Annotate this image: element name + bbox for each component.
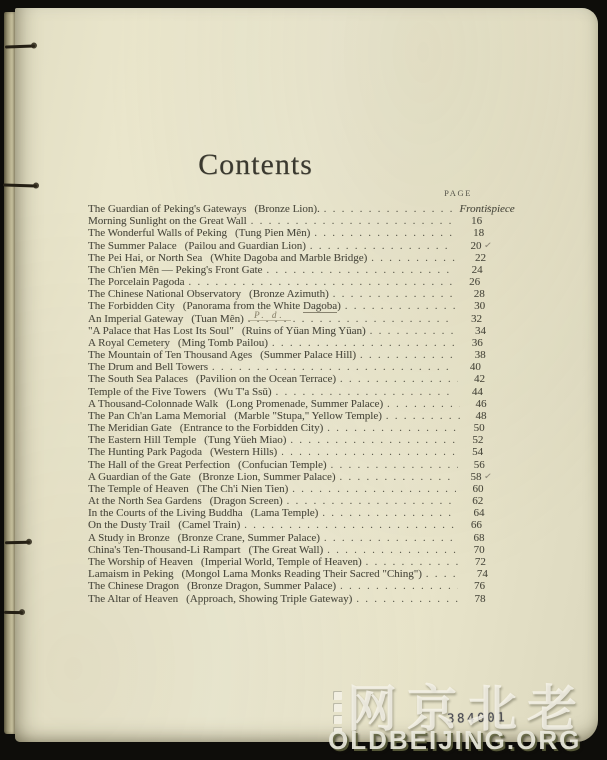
toc-entry-subtitle: (Pailou and Guardian Lion): [185, 240, 306, 252]
dot-leader: [327, 422, 457, 434]
toc-entry-title: At the North Sea Gardens: [88, 495, 202, 507]
dot-leader: [345, 300, 458, 312]
dot-leader: [340, 580, 458, 592]
toc-entry: The Summer Palace (Pailou and Guardian L…: [88, 240, 492, 252]
toc-entry: The Wonderful Walls of Peking (Tung Pien…: [88, 227, 492, 239]
toc-entry-title: On the Dusty Trail: [88, 519, 170, 531]
toc-entry-title: The Altar of Heaven: [88, 593, 178, 605]
toc-entry-title: The Porcelain Pagoda: [88, 276, 185, 288]
toc-entry: The Porcelain Pagoda 26: [88, 276, 492, 288]
toc-entry: The Eastern Hill Temple (Tung Yüeh Miao)…: [88, 434, 492, 446]
dot-leader: [324, 203, 455, 215]
toc-entry: The Mountain of Ten Thousand Ages (Summe…: [88, 349, 492, 361]
toc-entry-subtitle: (Western Hills): [210, 446, 277, 458]
toc-entry-title: A Guardian of the Gate: [88, 471, 191, 483]
dot-leader: [292, 483, 456, 495]
toc-entry: The Hall of the Great Perfection (Confuc…: [88, 459, 492, 471]
toc-entry-subtitle: (Bronze Crane, Summer Palace): [178, 532, 320, 544]
toc-entry-title: The Chinese Dragon: [88, 580, 179, 592]
dot-leader: [331, 459, 458, 471]
dot-leader: [324, 532, 458, 544]
toc-entry-title: The Mountain of Ten Thousand Ages: [88, 349, 252, 361]
toc-entry: The Ch'ien Mên — Peking's Front Gate 24: [88, 264, 492, 276]
pencil-checkmark: ✓: [484, 470, 493, 482]
toc-entry: The Meridian Gate (Entrance to the Forbi…: [88, 422, 492, 434]
dot-leader: [287, 495, 457, 507]
toc-entry: A Thousand-Colonnade Walk (Long Promenad…: [88, 398, 492, 410]
toc-entry-page-number: 54: [461, 446, 483, 458]
dot-leader: [340, 373, 458, 385]
toc-entry-page-number: 38: [464, 349, 486, 361]
toc-entry-subtitle: (Lama Temple): [251, 507, 319, 519]
toc-entry-page-number: 56: [463, 459, 485, 471]
toc-entry-title: Lamaism in Peking: [88, 568, 174, 580]
toc-entry-title: The Summer Palace: [88, 240, 177, 252]
book-page: Contents PAGE The Guardian of Peking's G…: [15, 8, 598, 742]
toc-entry-page-number: 46: [465, 398, 487, 410]
dot-leader: [322, 507, 457, 519]
toc-entry-page-number: 42: [463, 373, 485, 385]
toc-entry: The Hunting Park Pagoda (Western Hills) …: [88, 446, 492, 458]
toc-entry: The South Sea Palaces (Pavilion on the O…: [88, 373, 492, 385]
toc-entry-title: The Hall of the Great Perfection: [88, 459, 230, 471]
toc-entry-subtitle: (Tung Yüeh Miao): [204, 434, 286, 446]
toc-entry: The Guardian of Peking's Gateways (Bronz…: [88, 203, 492, 215]
dot-leader: [281, 446, 456, 458]
toc-entry-title: The Pei Hai, or North Sea: [88, 252, 202, 264]
toc-entry-page-number: Frontispiece: [459, 203, 481, 215]
toc-entry: The Worship of Heaven (Imperial World, T…: [88, 556, 492, 568]
toc-entry-title: The Pan Ch'an Lama Memorial: [88, 410, 226, 422]
toc-entry-subtitle: (Bronze Lion).: [254, 203, 319, 215]
toc-entry-subtitle: (Summer Palace Hill): [260, 349, 356, 361]
toc-entry: The Pan Ch'an Lama Memorial (Marble "Stu…: [88, 410, 492, 422]
toc-entry-page-number: 66: [460, 519, 482, 531]
dot-leader: [426, 568, 461, 580]
toc-entry: At the North Sea Gardens (Dragon Screen)…: [88, 495, 492, 507]
toc-entry-title: In the Courts of the Living Buddha: [88, 507, 243, 519]
toc-entry: The Chinese Dragon (Bronze Dragon, Summe…: [88, 580, 492, 592]
toc-entry: The Drum and Bell Towers 40: [88, 361, 492, 373]
toc-entry: In the Courts of the Living Buddha (Lama…: [88, 507, 492, 519]
toc-entry-title: China's Ten-Thousand-Li Rampart: [88, 544, 241, 556]
toc-entry-page-number: 78: [464, 593, 486, 605]
toc-entry-subtitle: (Bronze Lion, Summer Palace): [199, 471, 336, 483]
toc-entry-subtitle: (Pavilion on the Ocean Terrace): [196, 373, 336, 385]
toc-entry-title: The Guardian of Peking's Gateways: [88, 203, 246, 215]
dot-leader: [371, 252, 459, 264]
toc-entry-subtitle: (Marble "Stupa," Yellow Temple): [234, 410, 382, 422]
toc-entry-title: The Meridian Gate: [88, 422, 172, 434]
toc-entry: The Altar of Heaven (Approach, Showing T…: [88, 593, 492, 605]
toc-entry-subtitle: (Bronze Dragon, Summer Palace): [187, 580, 336, 592]
toc-entry-title: A Royal Cemetery: [88, 337, 170, 349]
pencil-checkmark: ✓: [484, 239, 493, 251]
toc-entry-title: The Wonderful Walls of Peking: [88, 227, 227, 239]
toc-list: The Guardian of Peking's Gateways (Bronz…: [88, 203, 492, 605]
toc-entry-subtitle: (Entrance to the Forbidden City): [180, 422, 324, 434]
toc-entry-title: The Hunting Park Pagoda: [88, 446, 202, 458]
toc-entry-page-number: 18: [462, 227, 484, 239]
toc-entry-title: The Drum and Bell Towers: [88, 361, 208, 373]
toc-entry-page-number: 30: [463, 300, 485, 312]
toc-entry-page-number: 70: [463, 544, 485, 556]
toc-entry-page-number: 36: [461, 337, 483, 349]
toc-entry-title: The Temple of Heaven: [88, 483, 189, 495]
dot-leader: [310, 240, 455, 252]
toc-entry-title: The Forbidden City: [88, 300, 175, 312]
toc-entry-page-number: 60: [461, 483, 483, 495]
toc-entry-page-number: 68: [462, 532, 484, 544]
dot-leader: [340, 471, 455, 483]
toc-entry-page-number: 50: [463, 422, 485, 434]
toc-entry: Morning Sunlight on the Great Wall 16: [88, 215, 492, 227]
toc-entry: China's Ten-Thousand-Li Rampart (The Gre…: [88, 544, 492, 556]
toc-entry: Lamaism in Peking (Mongol Lama Monks Rea…: [88, 568, 492, 580]
toc-entry-page-number: 20: [459, 240, 481, 252]
toc-entry-page-number: 58: [459, 471, 481, 483]
pencil-underline: Dagoba: [303, 300, 337, 313]
toc-entry-subtitle: (Mongol Lama Monks Reading Their Sacred …: [182, 568, 422, 580]
toc-entry-page-number: 52: [461, 434, 483, 446]
toc-entry-page-number: 22: [464, 252, 486, 264]
dot-leader: [370, 325, 459, 337]
dot-leader: [189, 276, 454, 288]
contents-title: Contents: [0, 148, 547, 182]
toc-entry-subtitle: (Ruins of Yüan Ming Yüan): [242, 325, 366, 337]
dot-leader: [251, 215, 455, 227]
dot-leader: [272, 337, 456, 349]
toc-entry-title: "A Palace that Has Lost Its Soul": [88, 325, 234, 337]
toc-entry-subtitle: (Wu T'a Ssŭ): [214, 386, 272, 398]
toc-entry-page-number: 74: [466, 568, 488, 580]
dot-leader: [266, 264, 455, 276]
pencil-note: P. d.: [248, 310, 291, 321]
toc-entry: The Chinese National Observatory (Bronze…: [88, 288, 492, 300]
toc-entry-title: A Study in Bronze: [88, 532, 170, 544]
toc-entry-page-number: 28: [463, 288, 485, 300]
toc-entry: The Temple of Heaven (The Ch'i Nien Tien…: [88, 483, 492, 495]
toc-entry-subtitle: (White Dagoba and Marble Bridge): [210, 252, 367, 264]
toc-entry-title: The Eastern Hill Temple: [88, 434, 196, 446]
toc-entry-page-number: 44: [461, 386, 483, 398]
dot-leader: [290, 434, 456, 446]
toc-entry-subtitle: (Tuan Mên): [191, 313, 243, 325]
toc-entry-subtitle: (Ming Tomb Pailou): [178, 337, 268, 349]
page-column-header: PAGE: [88, 188, 478, 198]
toc-entry-title: Morning Sunlight on the Great Wall: [88, 215, 247, 227]
toc-entry-page-number: 72: [464, 556, 486, 568]
toc-entry-subtitle: (The Ch'i Nien Tien): [197, 483, 289, 495]
toc-entry-page-number: 64: [462, 507, 484, 519]
dot-leader: [244, 519, 455, 531]
dot-leader: [333, 288, 458, 300]
toc-entry: On the Dusty Trail (Camel Train) 66: [88, 519, 492, 531]
toc-entry-title: The Chinese National Observatory: [88, 288, 241, 300]
toc-entry-subtitle: (Approach, Showing Triple Gateway): [186, 593, 352, 605]
toc-entry-page-number: 24: [461, 264, 483, 276]
toc-entry: A Guardian of the Gate (Bronze Lion, Sum…: [88, 471, 492, 483]
toc-entry-title: The South Sea Palaces: [88, 373, 188, 385]
toc-entry: "A Palace that Has Lost Its Soul" (Ruins…: [88, 325, 492, 337]
dot-leader: [360, 349, 459, 361]
toc-entry-title: A Thousand-Colonnade Walk: [88, 398, 218, 410]
toc-entry-title: An Imperial Gateway: [88, 313, 183, 325]
binding-stitch: [5, 541, 30, 544]
dot-leader: [366, 556, 459, 568]
toc-entry: The Pei Hai, or North Sea (White Dagoba …: [88, 252, 492, 264]
toc-entry-subtitle: (Confucian Temple): [238, 459, 327, 471]
accession-stamp: 384001: [447, 709, 508, 726]
dot-leader: [356, 593, 458, 605]
dot-leader: [387, 398, 459, 410]
toc-entry-page-number: 34: [464, 325, 486, 337]
toc-entry-title: Temple of the Five Towers: [88, 386, 206, 398]
dot-leader: [212, 361, 454, 373]
toc-entry-subtitle: (Camel Train): [178, 519, 240, 531]
toc-entry-subtitle: (Long Promenade, Summer Palace): [226, 398, 383, 410]
toc-entry-page-number: 62: [461, 495, 483, 507]
toc-entry-subtitle: (Bronze Azimuth): [249, 288, 329, 300]
dot-leader: [276, 386, 456, 398]
toc-entry-page-number: 40: [459, 361, 481, 373]
dot-leader: [327, 544, 457, 556]
toc-entry-subtitle: (Imperial World, Temple of Heaven): [201, 556, 362, 568]
dot-leader: [386, 410, 460, 422]
toc-entry-subtitle: (Tung Pien Mên): [235, 227, 310, 239]
toc-entry-page-number: 26: [458, 276, 480, 288]
toc-entry-page-number: 76: [463, 580, 485, 592]
toc-entry-subtitle: (Dragon Screen): [210, 495, 283, 507]
toc-entry: An Imperial Gateway (Tuan Mên) 32 P. d.: [88, 313, 492, 325]
toc-entry: Temple of the Five Towers (Wu T'a Ssŭ) 4…: [88, 386, 492, 398]
toc-entry-page-number: 48: [465, 410, 487, 422]
toc-entry: A Royal Cemetery (Ming Tomb Pailou) 36: [88, 337, 492, 349]
toc-entry: A Study in Bronze (Bronze Crane, Summer …: [88, 532, 492, 544]
dot-leader: [314, 227, 457, 239]
toc-entry-title: The Ch'ien Mên — Peking's Front Gate: [88, 264, 262, 276]
toc-entry-subtitle: (The Great Wall): [249, 544, 324, 556]
toc-entry-page-number: 32: [460, 313, 482, 325]
toc-entry-title: The Worship of Heaven: [88, 556, 193, 568]
toc-entry-page-number: 16: [460, 215, 482, 227]
binding-stitch: [4, 611, 23, 614]
